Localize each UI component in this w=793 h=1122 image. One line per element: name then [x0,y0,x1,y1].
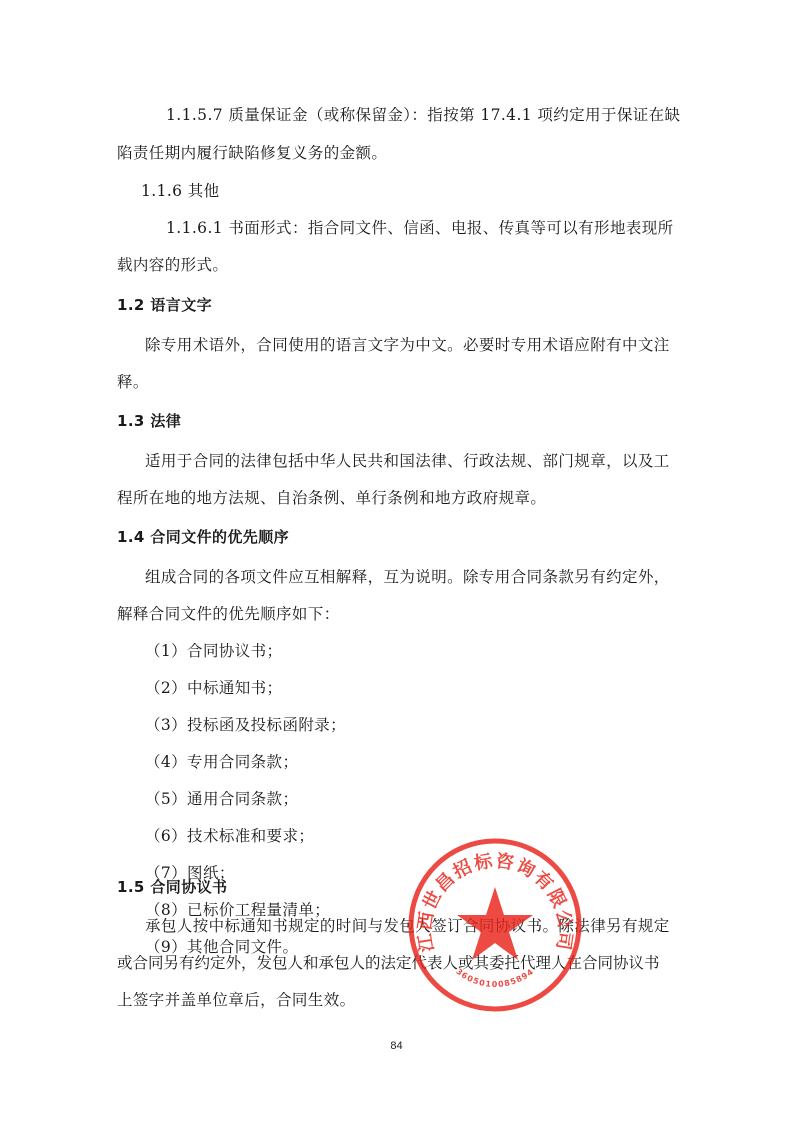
page-number: 84 [0,1040,793,1052]
section-heading-13: 1.3 法律 [117,410,181,431]
company-seal-icon: 江西世昌招标咨询有限公司 3605010085894 [405,835,585,1015]
list-item: （1）合同协议书； [145,639,282,661]
subheading-116: 1.1.6 其他 [141,179,220,201]
list-item: （4）专用合同条款； [145,750,298,772]
paragraph-1161-line2: 载内容的形式。 [117,253,228,275]
paragraph-12-line1: 除专用术语外，合同使用的语言文字为中文。必要时专用术语应附有中文注 [145,333,670,355]
list-item: （6）技术标准和要求； [145,824,314,846]
paragraph-1157-line1: 1.1.5.7 质量保证金（或称保留金）：指按第 17.4.1 项约定用于保证在… [166,103,680,125]
paragraph-14-line1: 组成合同的各项文件应互相解释，互为说明。除专用合同条款另有约定外， [145,565,670,587]
paragraph-1157-line2: 陷责任期内履行缺陷修复义务的金额。 [117,141,387,163]
section-heading-12: 1.2 语言文字 [117,294,212,315]
paragraph-1161-line1: 1.1.6.1 书面形式：指合同文件、信函、电报、传真等可以有形地表现所 [166,216,674,238]
list-item: （3）投标函及投标函附录； [145,713,346,735]
paragraph-15-line3: 上签字并盖单位章后，合同生效。 [117,988,356,1010]
section-heading-14: 1.4 合同文件的优先顺序 [117,526,289,547]
section-heading-15: 1.5 合同协议书 [117,876,227,897]
svg-text:3605010085894: 3605010085894 [454,967,535,989]
list-item: （5）通用合同条款； [145,787,298,809]
paragraph-13-line1: 适用于合同的法律包括中华人民共和国法律、行政法规、部门规章，以及工 [145,449,670,471]
paragraph-14-line2: 解释合同文件的优先顺序如下： [117,602,340,624]
paragraph-13-line2: 程所在地的地方法规、自治条例、单行条例和地方政府规章。 [117,486,546,508]
paragraph-12-line2: 释。 [117,370,149,392]
list-item: （2）中标通知书； [145,676,282,698]
